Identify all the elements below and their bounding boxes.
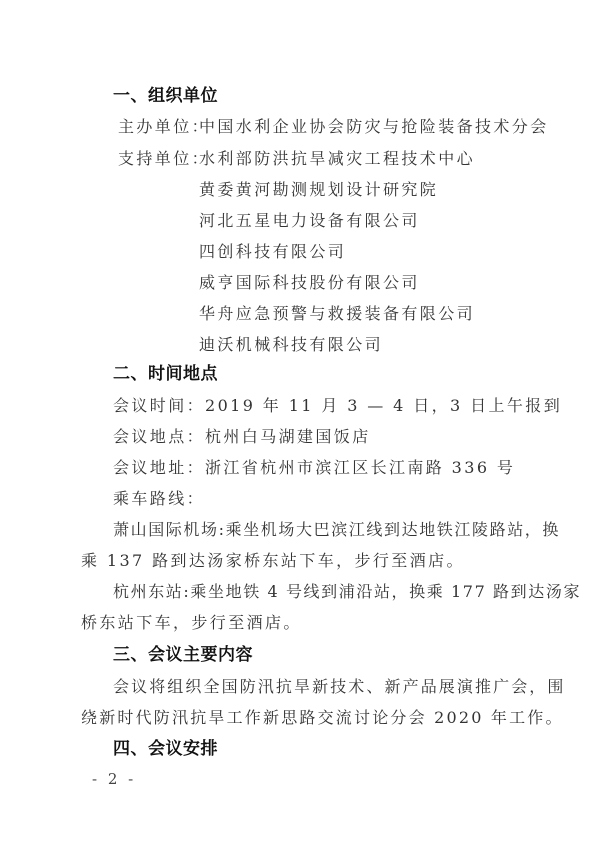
support-org: 水利部防洪抗旱减灾工程技术中心	[199, 149, 475, 169]
host-value: 中国水利企业协会防灾与抢险装备技术分会	[199, 117, 549, 137]
document-page: 一、组织单位 主办单位： 中国水利企业协会防灾与抢险装备技术分会 支持单位： 水…	[0, 0, 600, 848]
support-org: 威亨国际科技股份有限公司	[199, 273, 420, 293]
support-org: 河北五星电力设备有限公司	[199, 211, 420, 231]
support-label: 支持单位：	[118, 149, 210, 169]
content-line1: 会议将组织全国防汛抗旱新技术、新产品展演推广会，围	[113, 677, 566, 697]
support-org: 华舟应急预警与救援装备有限公司	[199, 304, 475, 324]
content-line2: 绕新时代防汛抗旱工作新思路交流讨论分会 2020 年工作。	[81, 708, 564, 728]
route-airport-line1: 萧山国际机场:乘坐机场大巴滨江线到达地铁江陵路站，换	[113, 520, 560, 540]
section-heading-time-place: 二、时间地点	[113, 364, 218, 384]
meeting-time: 会议时间：2019 年 11 月 3 — 4 日，3 日上午报到	[113, 396, 562, 416]
meeting-venue: 会议地点：杭州白马湖建国饭店	[113, 427, 371, 447]
page-number: - 2 -	[92, 770, 136, 788]
support-org: 四创科技有限公司	[199, 242, 346, 262]
meeting-address: 会议地址：浙江省杭州市滨江区长江南路 336 号	[113, 458, 515, 478]
support-org: 黄委黄河勘测规划设计研究院	[199, 180, 438, 200]
section-heading-main-content: 三、会议主要内容	[113, 645, 253, 665]
support-org: 迪沃机械科技有限公司	[199, 335, 383, 355]
host-label: 主办单位：	[118, 117, 210, 137]
route-east-station-line1: 杭州东站:乘坐地铁 4 号线到浦沿站，换乘 177 路到达汤家	[113, 582, 581, 602]
route-label: 乘车路线：	[113, 489, 205, 509]
route-east-station-line2: 桥东站下车，步行至酒店。	[81, 613, 302, 633]
section-heading-organizers: 一、组织单位	[113, 86, 218, 106]
route-airport-line2: 乘 137 路到达汤家桥东站下车，步行至酒店。	[81, 551, 465, 571]
section-heading-arrangement: 四、会议安排	[113, 739, 218, 759]
